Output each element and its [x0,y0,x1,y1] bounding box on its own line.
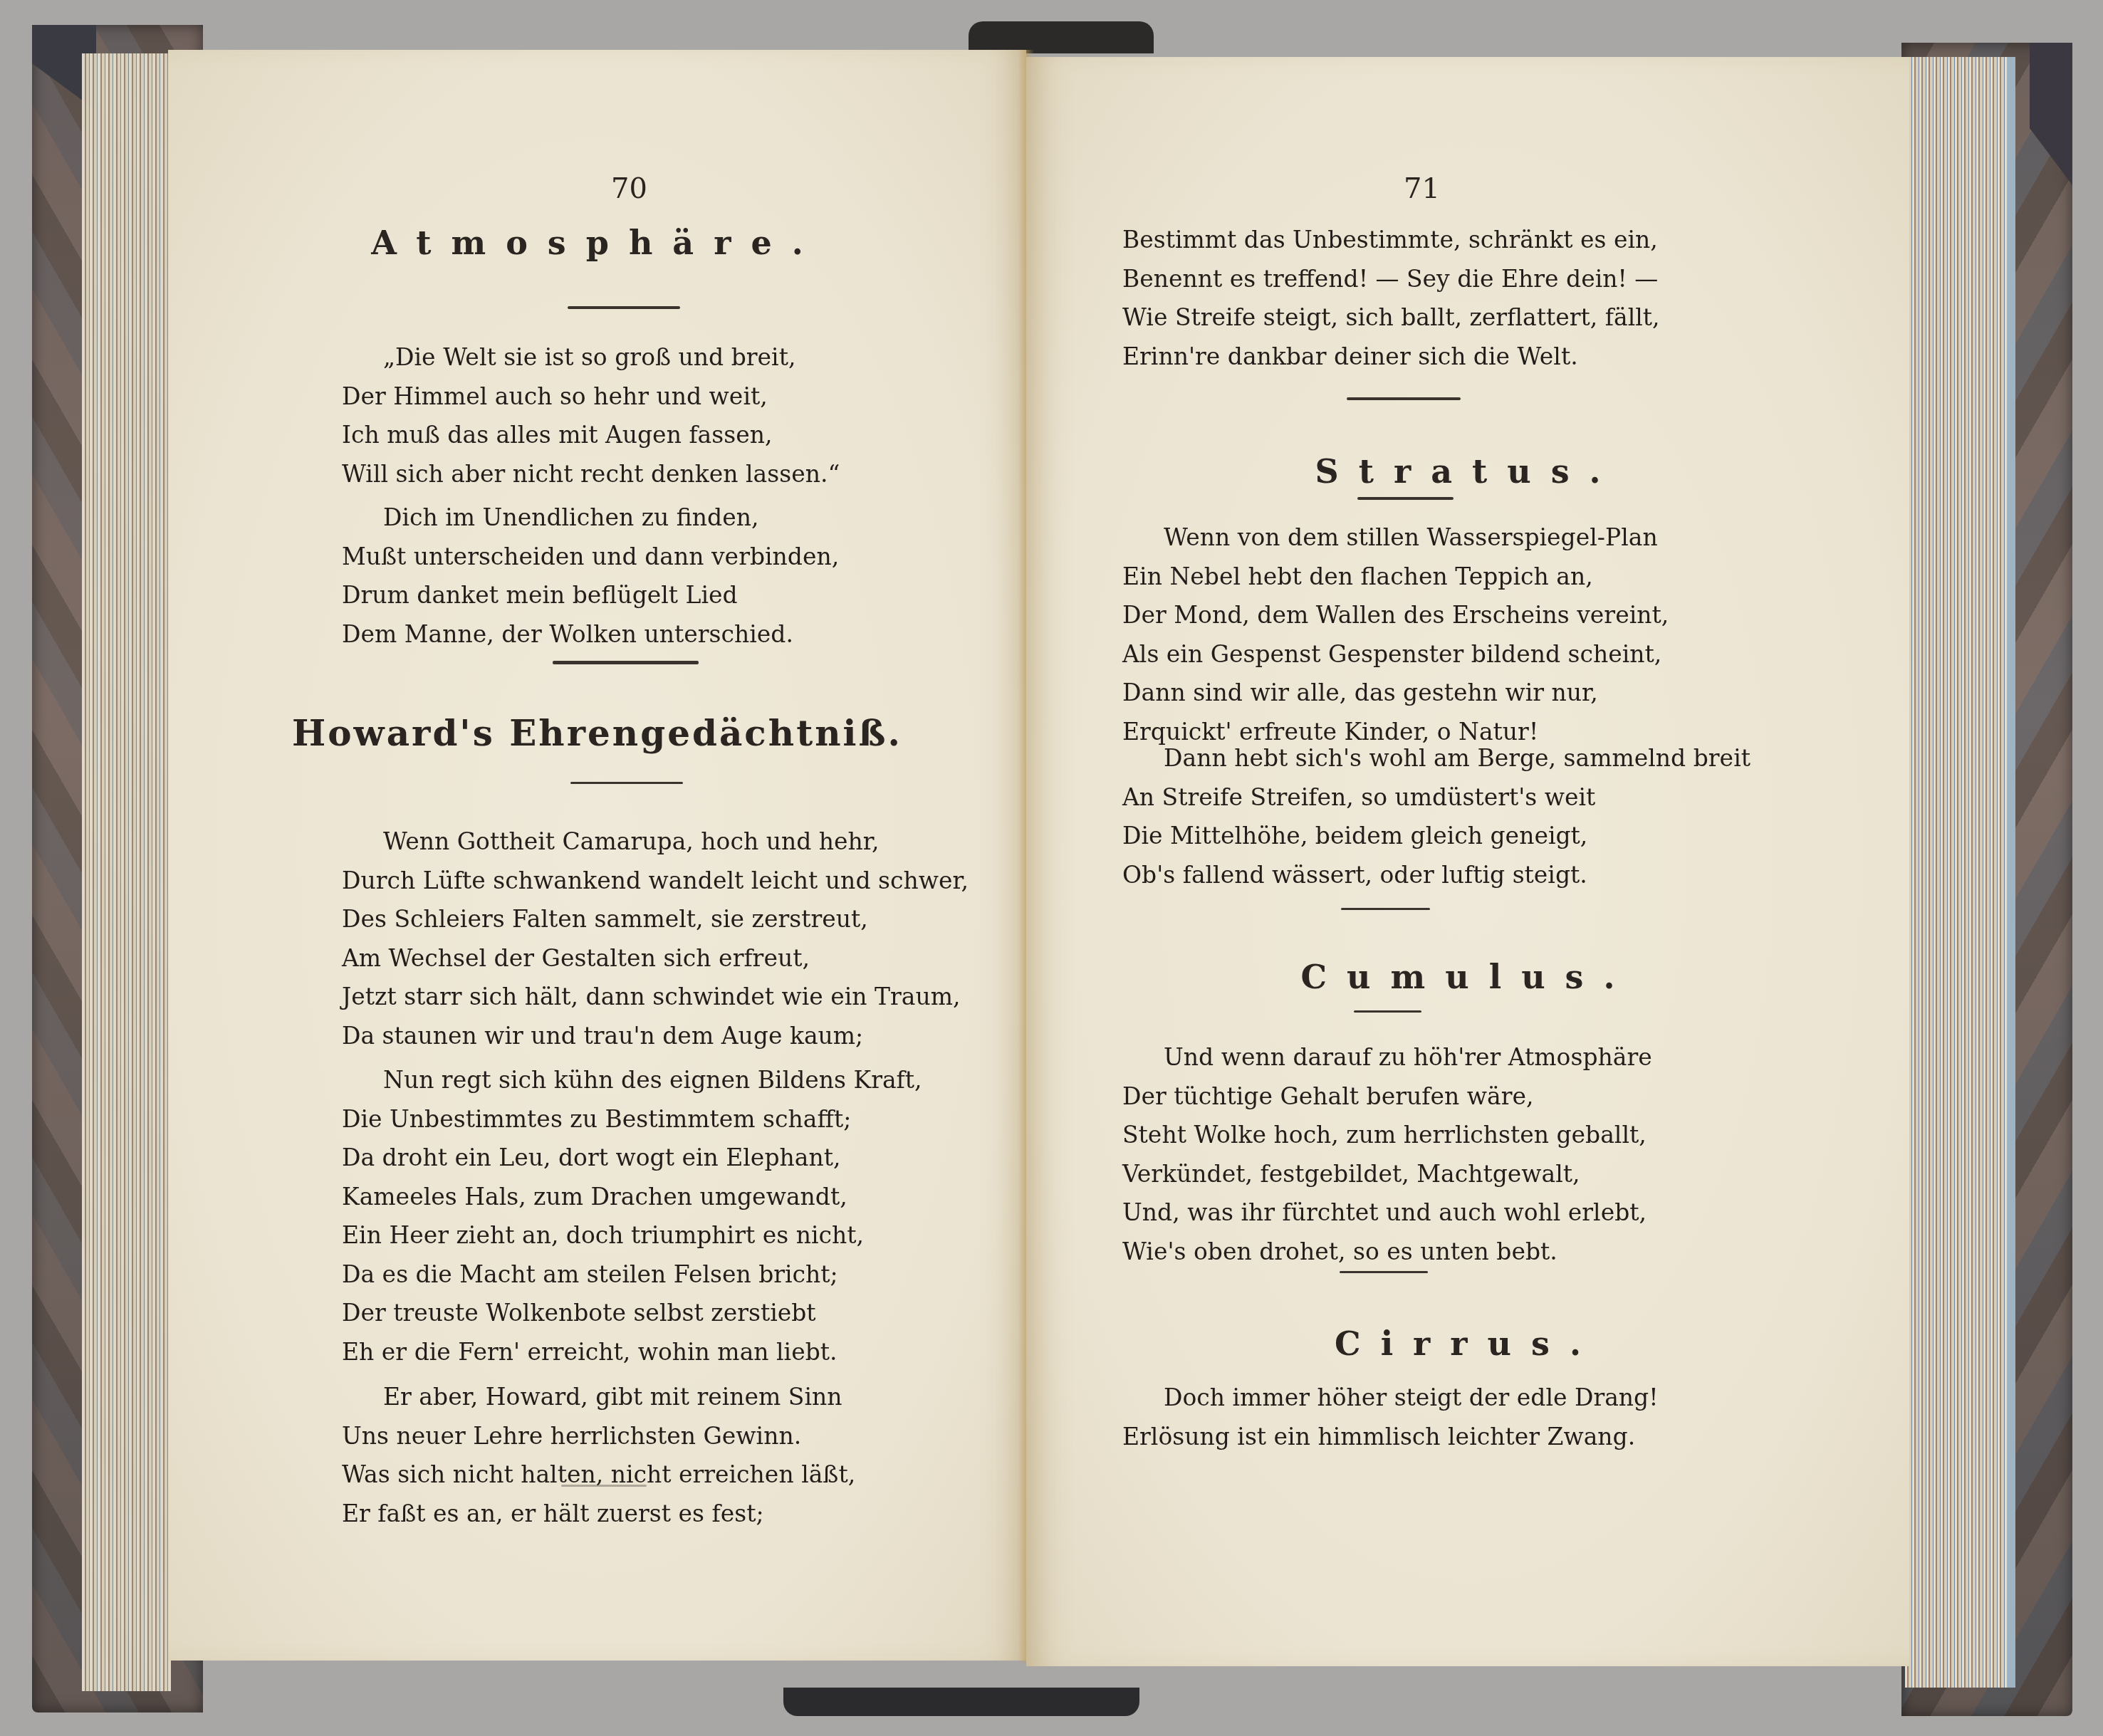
verse-line: Des Schleiers Falten sammelt, sie zerstr… [342,900,969,939]
verse-line: Der Mond, dem Wallen des Erscheins verei… [1122,596,1669,635]
verse-line: Dich im Unendlichen zu finden, [342,498,839,538]
section-title-cirrus: Cirrus. [1026,1324,1909,1363]
verse-line: Dann sind wir alle, das gestehn wir nur, [1122,674,1669,713]
verse-line: Wenn Gottheit Camarupa, hoch und hehr, [342,822,969,862]
verse-line: Nun regt sich kühn des eignen Bildens Kr… [342,1061,922,1100]
verse-line: Jetzt starr sich hält, dann schwindet wi… [342,978,969,1017]
spine-headband [969,21,1154,53]
cover-corner-right [2030,43,2072,185]
verse-line: Und, was ihr fürchtet und auch wohl erle… [1122,1193,1652,1233]
verse-line: Steht Wolke hoch, zum herrlichsten gebal… [1122,1116,1652,1155]
verse-line: An Streife Streifen, so umdüstert's weit [1122,778,1750,817]
stanza: Und wenn darauf zu höh'rer Atmosphäre De… [1122,1038,1652,1271]
stanza: Doch immer höher steigt der edle Drang! … [1122,1379,1659,1456]
stanza-continuation: Bestimmt das Unbestimmte, schränkt es ei… [1122,221,1660,376]
stanza: „Die Welt sie ist so groß und breit, Der… [342,338,840,493]
verse-line: Ich muß das alles mit Augen fassen, [342,416,840,455]
title-rule [570,782,683,784]
section-title-cumulus: Cumulus. [1026,958,1909,996]
verse-line: Was sich nicht halten, nicht erreichen l… [342,1455,855,1495]
show-through-rule [561,1485,647,1487]
section-title-atmosphaere: Atmosphäre. [168,224,1026,262]
verse-line: Am Wechsel der Gestalten sich erfreut, [342,939,969,978]
verse-line: Der treuste Wolkenbote selbst zerstiebt [342,1294,922,1333]
title-rule [1357,497,1454,500]
verse-line: Und wenn darauf zu höh'rer Atmosphäre [1122,1038,1652,1077]
verse-line: Benennt es treffend! — Sey die Ehre dein… [1122,260,1660,299]
page-number: 71 [1404,172,1440,205]
verse-line: Ob's fallend wässert, oder luftig steigt… [1122,856,1750,895]
verse-line: Uns neuer Lehre herrlichsten Gewinn. [342,1417,855,1456]
verse-line: Die Mittelhöhe, beidem gleich geneigt, [1122,817,1750,856]
verse-line: Als ein Gespenst Gespenster bildend sche… [1122,635,1669,674]
section-divider [1347,397,1461,400]
verse-line: Eh er die Fern' erreicht, wohin man lieb… [342,1333,922,1372]
title-rule [1354,1010,1421,1013]
stanza: Wenn Gottheit Camarupa, hoch und hehr, D… [342,822,969,1055]
page-number: 70 [611,172,647,205]
verse-line: Da staunen wir und trau'n dem Auge kaum; [342,1017,969,1056]
title-rule [568,306,680,309]
verse-line: Der tüchtige Gehalt berufen wäre, [1122,1077,1652,1117]
verse-line: Durch Lüfte schwankend wandelt leicht un… [342,862,969,901]
section-divider [553,661,699,664]
left-page[interactable]: 70 Atmosphäre. „Die Welt sie ist so groß… [168,50,1026,1661]
verse-line: Will sich aber nicht recht denken lassen… [342,455,840,494]
right-page[interactable]: 71 Bestimmt das Unbestimmte, schränkt es… [1026,57,1909,1666]
section-title-howard: Howard's Ehrengedächtniß. [168,712,1026,754]
verse-line: Dem Manne, der Wolken unterschied. [342,615,839,654]
verse-line: Der Himmel auch so hehr und weit, [342,377,840,417]
page-edges-left [82,53,171,1691]
verse-line: Erinn're dankbar deiner sich die Welt. [1122,338,1660,377]
page-edges-right [1905,57,2015,1688]
section-divider [1340,1271,1428,1273]
verse-line: Ein Heer zieht an, doch triumphirt es ni… [342,1216,922,1255]
verse-line: Drum danket mein beflügelt Lied [342,576,839,615]
verse-line: „Die Welt sie ist so groß und breit, [342,338,840,377]
section-divider [1341,908,1430,910]
verse-line: Doch immer höher steigt der edle Drang! [1122,1379,1659,1418]
verse-line: Er faßt es an, er hält zuerst es fest; [342,1495,855,1534]
verse-line: Da droht ein Leu, dort wogt ein Elephant… [342,1139,922,1178]
verse-line: Wie Streife steigt, sich ballt, zerflatt… [1122,298,1660,338]
verse-line: Erlösung ist ein himmlisch leichter Zwan… [1122,1418,1659,1457]
verse-line: Wenn von dem stillen Wasserspiegel-Plan [1122,518,1669,558]
verse-line: Bestimmt das Unbestimmte, schränkt es ei… [1122,221,1660,260]
verse-line: Er aber, Howard, gibt mit reinem Sinn [342,1378,855,1417]
spine-tailband [783,1688,1139,1716]
verse-line: Mußt unterscheiden und dann verbinden, [342,538,839,577]
verse-line: Dann hebt sich's wohl am Berge, sammelnd… [1122,739,1750,778]
verse-line: Kameeles Hals, zum Drachen umgewandt, [342,1178,922,1217]
stanza: Wenn von dem stillen Wasserspiegel-Plan … [1122,518,1669,751]
verse-line: Da es die Macht am steilen Felsen bricht… [342,1255,922,1295]
stanza: Dann hebt sich's wohl am Berge, sammelnd… [1122,739,1750,894]
section-title-stratus: Stratus. [1026,452,1909,491]
verse-line: Wie's oben drohet, so es unten bebt. [1122,1233,1652,1272]
stanza: Nun regt sich kühn des eignen Bildens Kr… [342,1061,922,1371]
stanza: Er aber, Howard, gibt mit reinem Sinn Un… [342,1378,855,1533]
verse-line: Verkündet, festgebildet, Machtgewalt, [1122,1155,1652,1194]
verse-line: Die Unbestimmtes zu Bestimmtem schafft; [342,1100,922,1139]
stanza: Dich im Unendlichen zu finden, Mußt unte… [342,498,839,654]
verse-line: Ein Nebel hebt den flachen Teppich an, [1122,558,1669,597]
